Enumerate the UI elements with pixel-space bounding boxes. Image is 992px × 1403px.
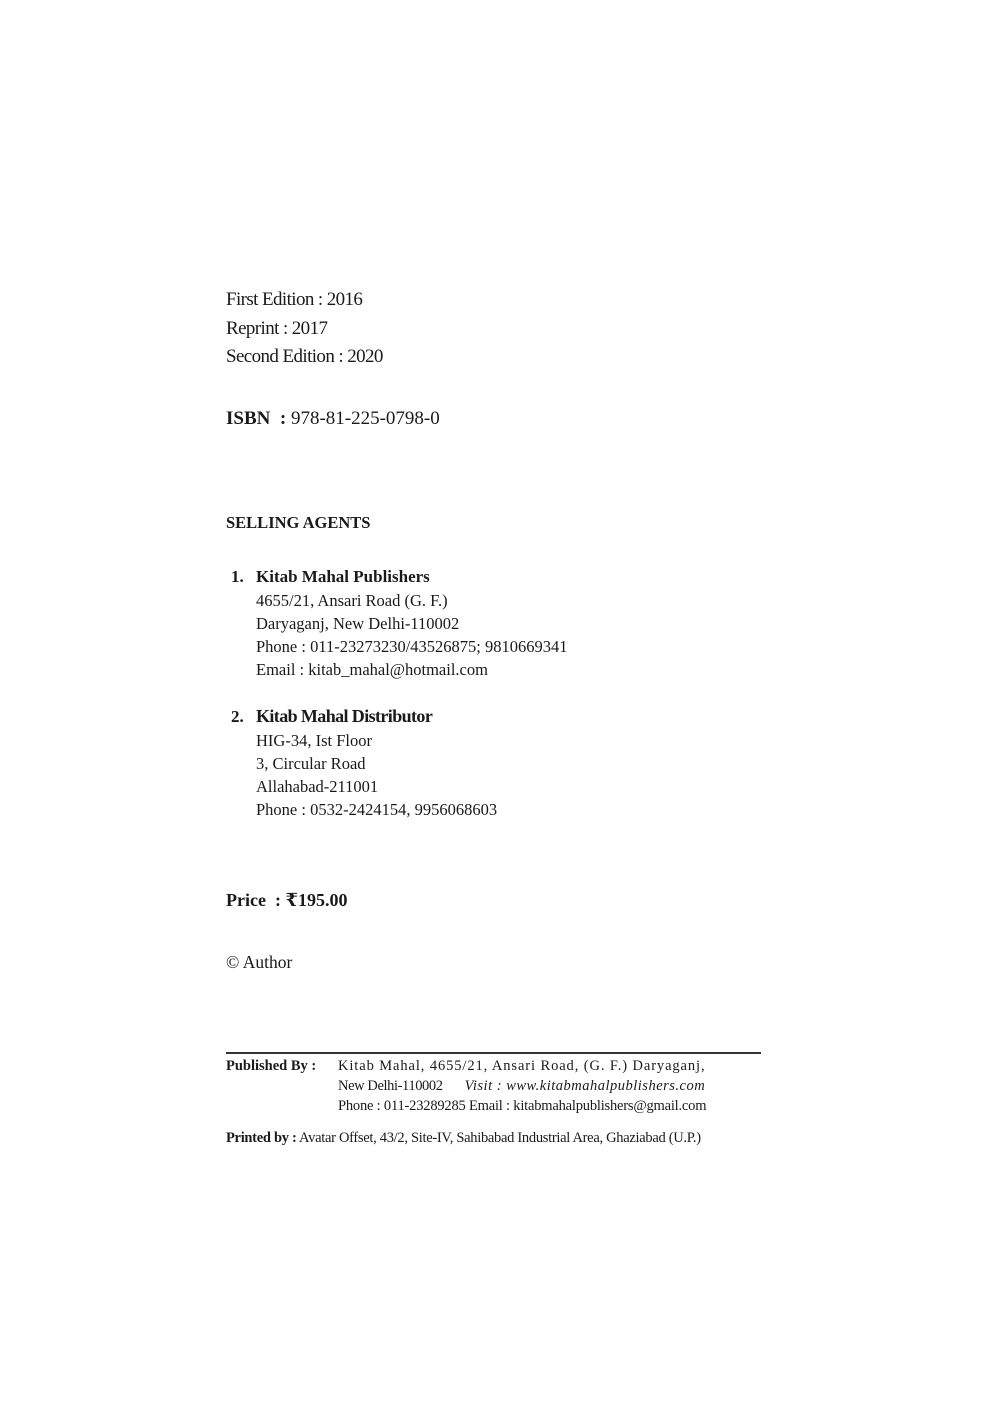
price-line: Price : ₹195.00: [226, 890, 348, 911]
agent-1-address-2: Daryaganj, New Delhi-110002: [256, 614, 459, 634]
isbn-label: ISBN :: [226, 408, 286, 429]
published-by-label: Published By :: [226, 1058, 316, 1075]
isbn-value: 978-81-225-0798-0: [291, 408, 440, 429]
isbn-line: ISBN : 978-81-225-0798-0: [226, 408, 440, 430]
agent-2-name: Kitab Mahal Distributor: [256, 706, 432, 727]
price-label: Price :: [226, 890, 281, 910]
published-by-city: New Delhi-110002: [338, 1078, 443, 1094]
printed-by-line: Printed by : Avatar Offset, 43/2, Site-I…: [226, 1130, 701, 1147]
price-value: ₹195.00: [285, 890, 347, 910]
agent-1-phone: Phone : 011-23273230/43526875; 981066934…: [256, 637, 568, 657]
edition-first: First Edition : 2016: [226, 289, 362, 311]
agent-2-address-3: Allahabad-211001: [256, 777, 378, 797]
agent-2-phone: Phone : 0532-2424154, 9956068603: [256, 800, 497, 820]
printed-by-label: Printed by :: [226, 1130, 297, 1146]
published-by-contact: Phone : 011-23289285 Email : kitabmahalp…: [338, 1098, 706, 1115]
agent-1-header: 1.: [231, 567, 244, 587]
published-by-line-2: New Delhi-110002Visit : www.kitabmahalpu…: [338, 1078, 705, 1095]
agent-2-address-1: HIG-34, Ist Floor: [256, 731, 372, 751]
agent-1-email: Email : kitab_mahal@hotmail.com: [256, 660, 488, 680]
agent-1-name: Kitab Mahal Publishers: [256, 567, 430, 587]
selling-agents-heading: SELLING AGENTS: [226, 513, 370, 533]
printed-by-value: Avatar Offset, 43/2, Site-IV, Sahibabad …: [299, 1130, 701, 1146]
edition-reprint: Reprint : 2017: [226, 318, 327, 340]
copyright-notice: © Author: [226, 952, 292, 973]
agent-2-address-2: 3, Circular Road: [256, 754, 366, 774]
agent-1-address-1: 4655/21, Ansari Road (G. F.): [256, 591, 448, 611]
agent-2-number: 2.: [231, 707, 244, 726]
agent-2-header: 2.: [231, 707, 244, 727]
published-by-address: Kitab Mahal, 4655/21, Ansari Road, (G. F…: [338, 1058, 706, 1075]
footer-divider: [226, 1052, 761, 1054]
edition-second: Second Edition : 2020: [226, 346, 383, 368]
agent-1-number: 1.: [231, 567, 244, 586]
publisher-website-link[interactable]: Visit : www.kitabmahalpublishers.com: [465, 1078, 706, 1094]
